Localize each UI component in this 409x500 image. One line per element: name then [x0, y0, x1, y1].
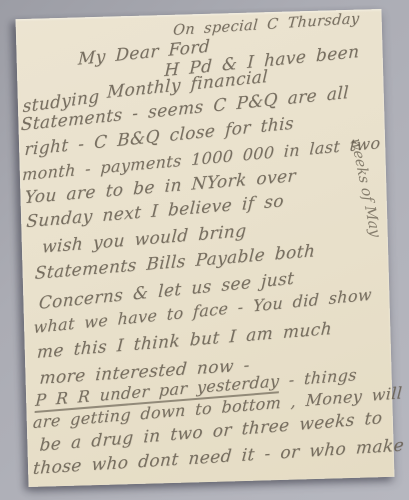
- prr-line-rest: - things: [279, 365, 358, 390]
- scan-background: On special C Thursday My Dear Ford H Pd …: [0, 0, 409, 500]
- vertical-margin-note: weeks of May: [347, 138, 383, 238]
- letter-paper: On special C Thursday My Dear Ford H Pd …: [16, 9, 395, 487]
- letter-date-line: On special C Thursday: [172, 11, 360, 39]
